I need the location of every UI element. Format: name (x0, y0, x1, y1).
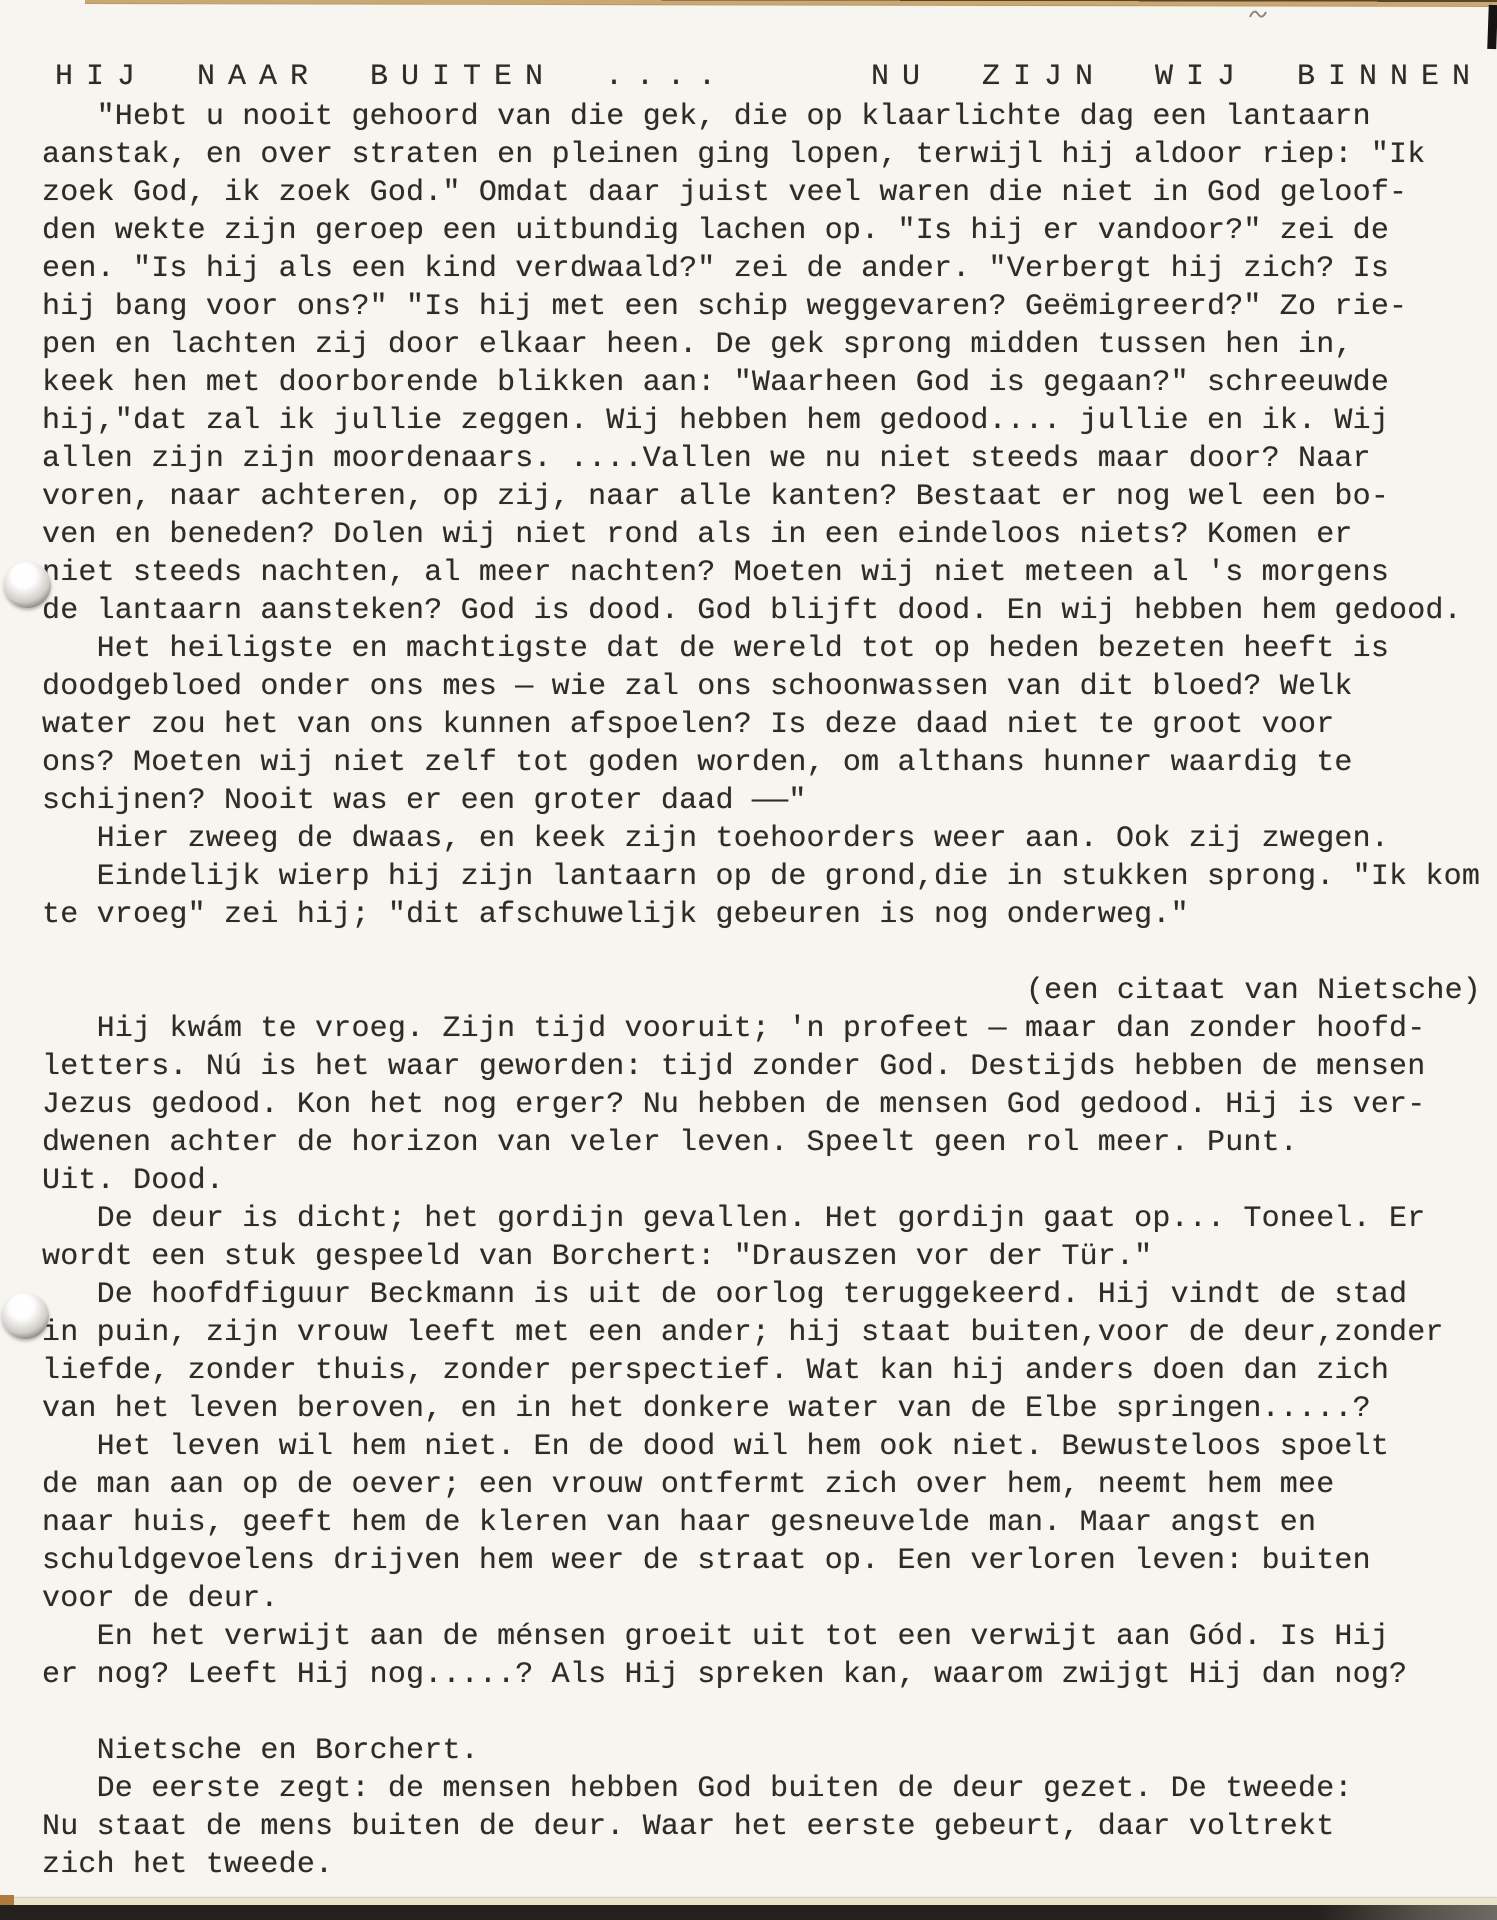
punch-hole-top (4, 562, 51, 608)
citation-line: (een citaat van Nietsche) (1026, 972, 1481, 1010)
scan-bottom-band (0, 1905, 1497, 1920)
scan-bottom-strip (0, 1898, 1497, 1905)
punch-hole-bottom (2, 1293, 49, 1339)
header-title-left: HIJ NAAR BUITEN .... (55, 60, 729, 94)
header-title-right: NU ZIJN WIJ BINNEN (871, 60, 1483, 94)
page-header: HIJ NAAR BUITEN .... NU ZIJN WIJ BINNEN (55, 60, 1483, 94)
scan-corner-shadow (1487, 5, 1497, 49)
pen-scribble-icon (1248, 6, 1268, 20)
document-page: HIJ NAAR BUITEN .... NU ZIJN WIJ BINNEN … (0, 0, 1497, 1920)
scan-top-edge (85, 0, 1497, 7)
